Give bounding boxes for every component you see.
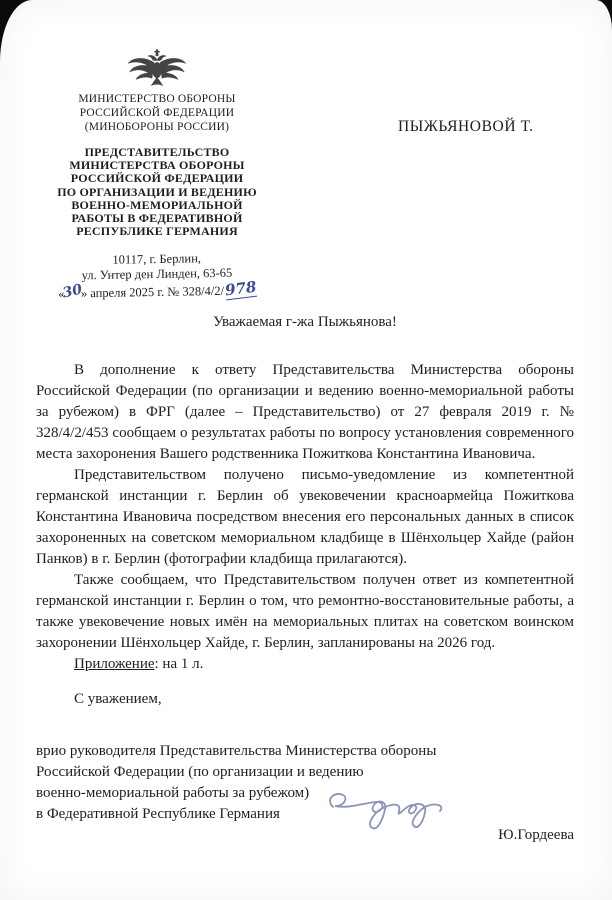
attachment-label: Приложение xyxy=(74,656,155,672)
ministry-line: РОССИЙСКОЙ ФЕДЕРАЦИИ xyxy=(28,106,286,120)
attachment-line: Приложение: на 1 л. xyxy=(36,654,574,675)
ministry-name-block: МИНИСТЕРСТВО ОБОРОНЫ РОССИЙСКОЙ ФЕДЕРАЦИ… xyxy=(28,92,286,134)
address-block: 10117, г. Берлин, ул. Унтер ден Линден, … xyxy=(28,250,287,303)
ministry-line: МИНИСТЕРСТВО ОБОРОНЫ xyxy=(28,92,286,106)
signoff-block: врио руководителя Представительства Мини… xyxy=(36,741,574,846)
office-line: ПО ОРГАНИЗАЦИИ И ВЕДЕНИЮ xyxy=(28,186,286,199)
date-and-number-line: «30» апреля 2025 г. № 328/4/2/978 xyxy=(28,281,286,303)
salutation: Уважаемая г-жа Пыжьянова! xyxy=(36,312,574,333)
letter-body: Уважаемая г-жа Пыжьянова! В дополнение к… xyxy=(36,312,574,846)
office-line: РОССИЙСКОЙ ФЕДЕРАЦИИ xyxy=(28,172,286,185)
paragraph: В дополнение к ответу Представительства … xyxy=(36,360,574,465)
double-headed-eagle-emblem-icon xyxy=(125,48,189,88)
paragraph: Также сообщаем, что Представительством п… xyxy=(36,570,574,654)
signoff-line: в Федеративной Республике Германия xyxy=(36,804,574,825)
signoff-line: врио руководителя Представительства Мини… xyxy=(36,741,574,762)
letter-page: МИНИСТЕРСТВО ОБОРОНЫ РОССИЙСКОЙ ФЕДЕРАЦИ… xyxy=(0,0,612,900)
paragraph: Представительством получено письмо-уведо… xyxy=(36,465,574,570)
signoff-line: военно-мемориальной работы за рубежом) xyxy=(36,783,574,804)
scanned-letter: МИНИСТЕРСТВО ОБОРОНЫ РОССИЙСКОЙ ФЕДЕРАЦИ… xyxy=(0,0,612,900)
signer-name: Ю.Гордеева xyxy=(36,825,574,846)
office-name-block: ПРЕДСТАВИТЕЛЬСТВО МИНИСТЕРСТВА ОБОРОНЫ Р… xyxy=(28,146,286,238)
attachment-detail: : на 1 л. xyxy=(155,656,204,672)
closing-phrase: С уважением, xyxy=(36,689,574,710)
signoff-line: Российской Федерации (по организации и в… xyxy=(36,762,574,783)
letterhead: МИНИСТЕРСТВО ОБОРОНЫ РОССИЙСКОЙ ФЕДЕРАЦИ… xyxy=(28,48,286,301)
recipient-name: ПЫЖЬЯНОВОЙ Т. xyxy=(398,118,534,136)
handwritten-outgoing-number: 978 xyxy=(224,279,257,301)
date-printed: » апреля 2025 г. xyxy=(81,285,165,300)
office-line: РЕСПУБЛИКЕ ГЕРМАНИЯ xyxy=(28,225,286,238)
ministry-line: (МИНОБОРОНЫ РОССИИ) xyxy=(28,120,286,134)
number-label: № xyxy=(167,285,179,299)
number-printed: 328/4/2/ xyxy=(182,284,224,299)
